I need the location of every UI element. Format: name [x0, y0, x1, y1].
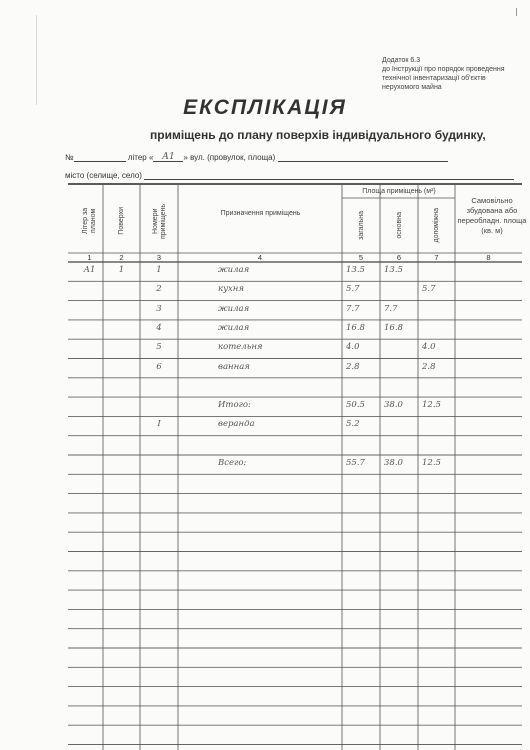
cell-total: 2.8 — [346, 362, 380, 372]
cell-total: 7.7 — [346, 304, 380, 314]
cell-room: 1 — [140, 265, 178, 275]
cell-total: 13.5 — [346, 265, 380, 275]
header-col6-text: основна — [396, 212, 404, 239]
cell-main: 16.8 — [384, 323, 418, 333]
cell-purpose: Всего: — [218, 458, 342, 468]
cell-aux: 4.0 — [422, 342, 455, 352]
column-number: 2 — [103, 253, 140, 262]
header-col8: Самовільно збудована або переобладн. пло… — [457, 196, 527, 236]
header-col7: допоміжна — [419, 199, 455, 252]
column-number: 3 — [140, 253, 178, 262]
cell-total: 50.5 — [346, 400, 380, 410]
cell-floor: 1 — [103, 265, 140, 275]
cell-aux: 12.5 — [422, 400, 455, 410]
header-col3: Номери приміщень — [141, 190, 178, 252]
cell-purpose: жилая — [218, 265, 342, 275]
cell-room: 4 — [140, 323, 178, 333]
header-col5: загальна — [343, 199, 380, 252]
cell-room: 6 — [140, 362, 178, 372]
header-area-group: Площа приміщень (м²) — [343, 188, 455, 195]
column-number: 4 — [178, 253, 342, 262]
cell-purpose: жилая — [218, 323, 342, 333]
column-number: 8 — [455, 253, 522, 262]
column-number: 5 — [342, 253, 380, 262]
cell-purpose: Итого: — [218, 400, 342, 410]
column-number: 7 — [418, 253, 455, 262]
header-col5-text: загальна — [358, 211, 366, 240]
cell-purpose: котельня — [218, 342, 342, 352]
header-col4: Призначення приміщень — [179, 210, 342, 217]
header-col7-text: допоміжна — [433, 208, 441, 242]
cell-purpose: ванная — [218, 362, 342, 372]
column-number: 6 — [380, 253, 418, 262]
cell-main: 38.0 — [384, 400, 418, 410]
cell-room: 5 — [140, 342, 178, 352]
cell-aux: 2.8 — [422, 362, 455, 372]
cell-total: 4.0 — [346, 342, 380, 352]
table-grid — [0, 0, 530, 750]
column-number: 1 — [76, 253, 103, 262]
header-col1-text: Літер за планом — [82, 196, 98, 246]
cell-total: 5.7 — [346, 284, 380, 294]
header-col2: Поверхи — [104, 190, 140, 252]
cell-total: 5.2 — [346, 419, 380, 429]
header-col6: основна — [381, 199, 418, 252]
cell-total: 16.8 — [346, 323, 380, 333]
cell-room: I — [140, 419, 178, 429]
cell-aux: 12.5 — [422, 458, 455, 468]
cell-purpose: кухня — [218, 284, 342, 294]
cell-main: 38.0 — [384, 458, 418, 468]
cell-main: 13.5 — [384, 265, 418, 275]
cell-room: 2 — [140, 284, 178, 294]
cell-main: 7.7 — [384, 304, 418, 314]
header-col3-text: Номери приміщень — [152, 196, 168, 246]
header-col1: Літер за планом — [78, 190, 102, 252]
cell-aux: 5.7 — [422, 284, 455, 294]
cell-room: 3 — [140, 304, 178, 314]
cell-liter: А1 — [76, 265, 103, 275]
cell-purpose: веранда — [218, 419, 342, 429]
cell-purpose: жилая — [218, 304, 342, 314]
header-col2-text: Поверхи — [118, 207, 126, 235]
cell-total: 55.7 — [346, 458, 380, 468]
